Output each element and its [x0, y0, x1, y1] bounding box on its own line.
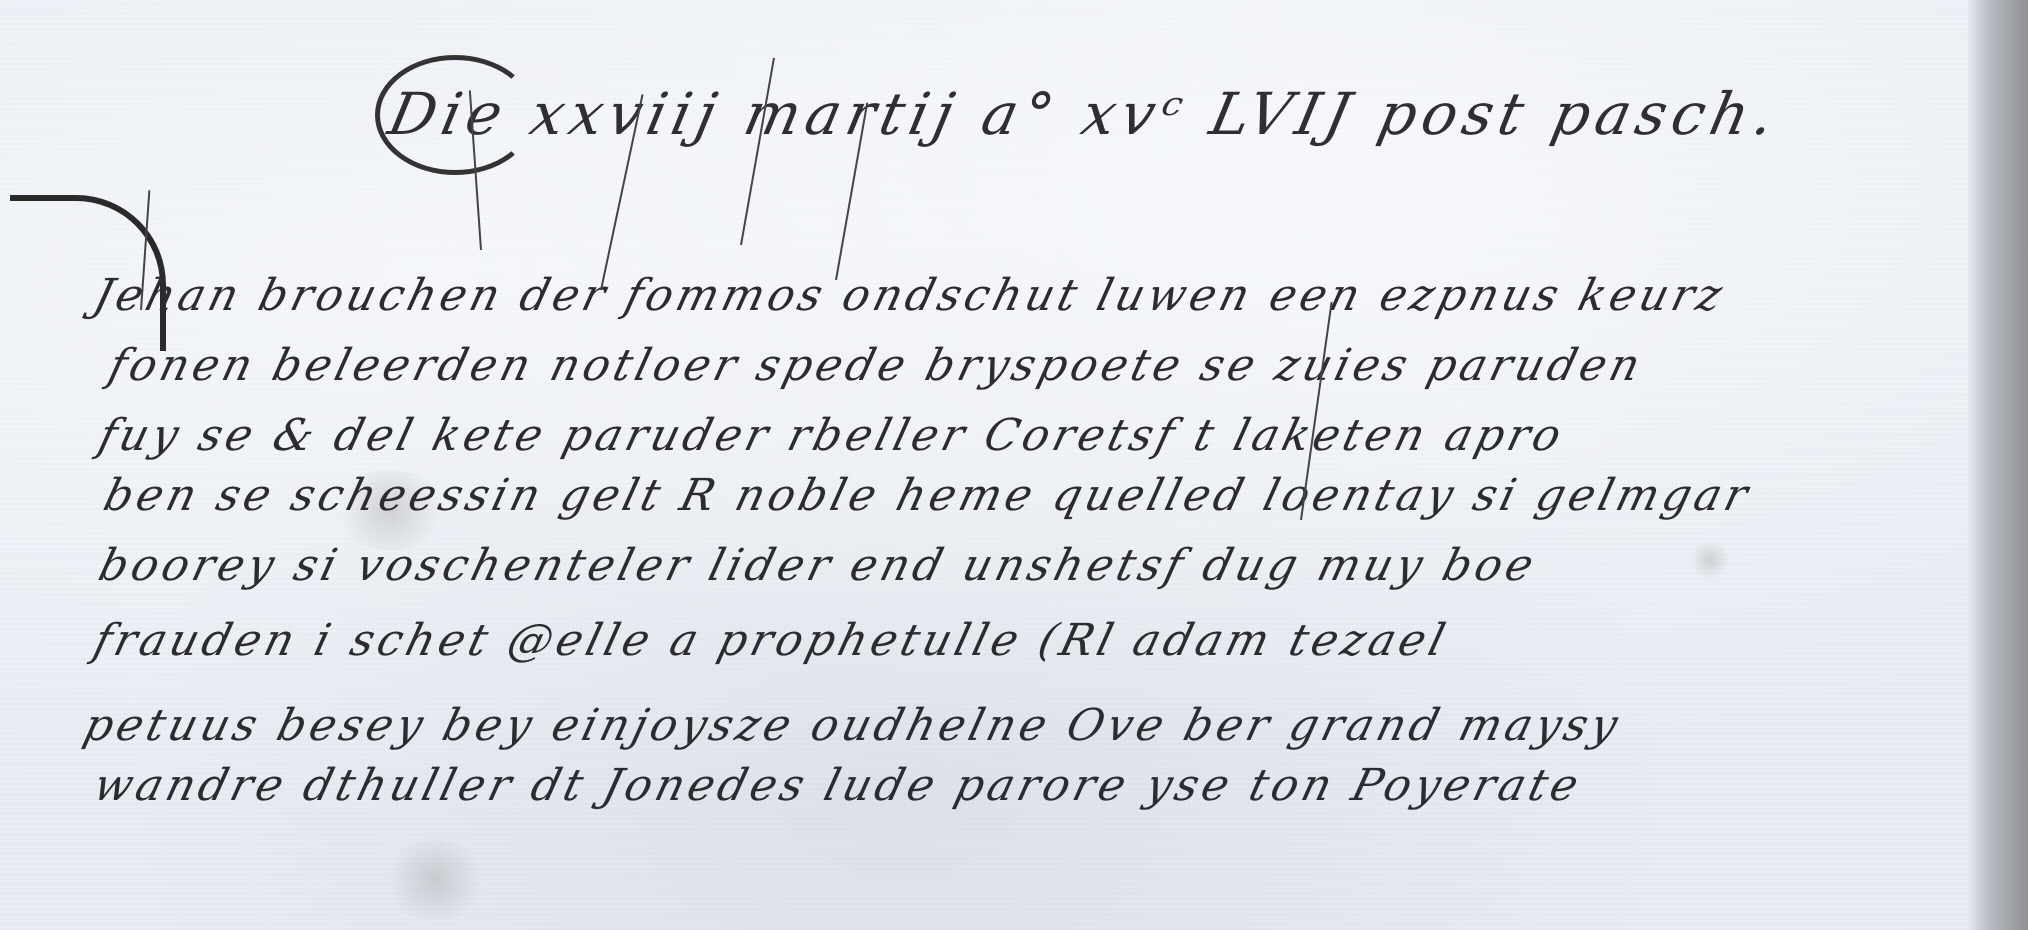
paper-stain — [1690, 540, 1730, 580]
manuscript-line-3: fuy se & del kete paruder rbeller Corets… — [94, 410, 1570, 461]
manuscript-line-5: boorey si voschenteler lider end unshets… — [94, 540, 1543, 591]
document-heading: Die xxviij martij a° xvᶜ LVIJ post pasch… — [383, 80, 1786, 148]
manuscript-line-7: petuus besey bey einjoysze oudhelne Ove … — [79, 700, 1627, 751]
manuscript-line-6: frauden i schet @elle a prophetulle (Rl … — [89, 615, 1454, 666]
paper-edge — [1968, 0, 2028, 930]
manuscript-line-4: ben se scheessin gelt R noble heme quell… — [99, 470, 1757, 521]
manuscript-line-8: wandre dthuller dt Jonedes lude parore y… — [89, 760, 1588, 811]
manuscript-line-2: fonen beleerden notloer spede bryspoete … — [104, 340, 1649, 391]
manuscript-line-1: Jehan brouchen der fommos ondschut luwen… — [89, 270, 1731, 321]
paper-stain — [380, 840, 490, 920]
manuscript-page: Die xxviij martij a° xvᶜ LVIJ post pasch… — [0, 0, 2000, 930]
